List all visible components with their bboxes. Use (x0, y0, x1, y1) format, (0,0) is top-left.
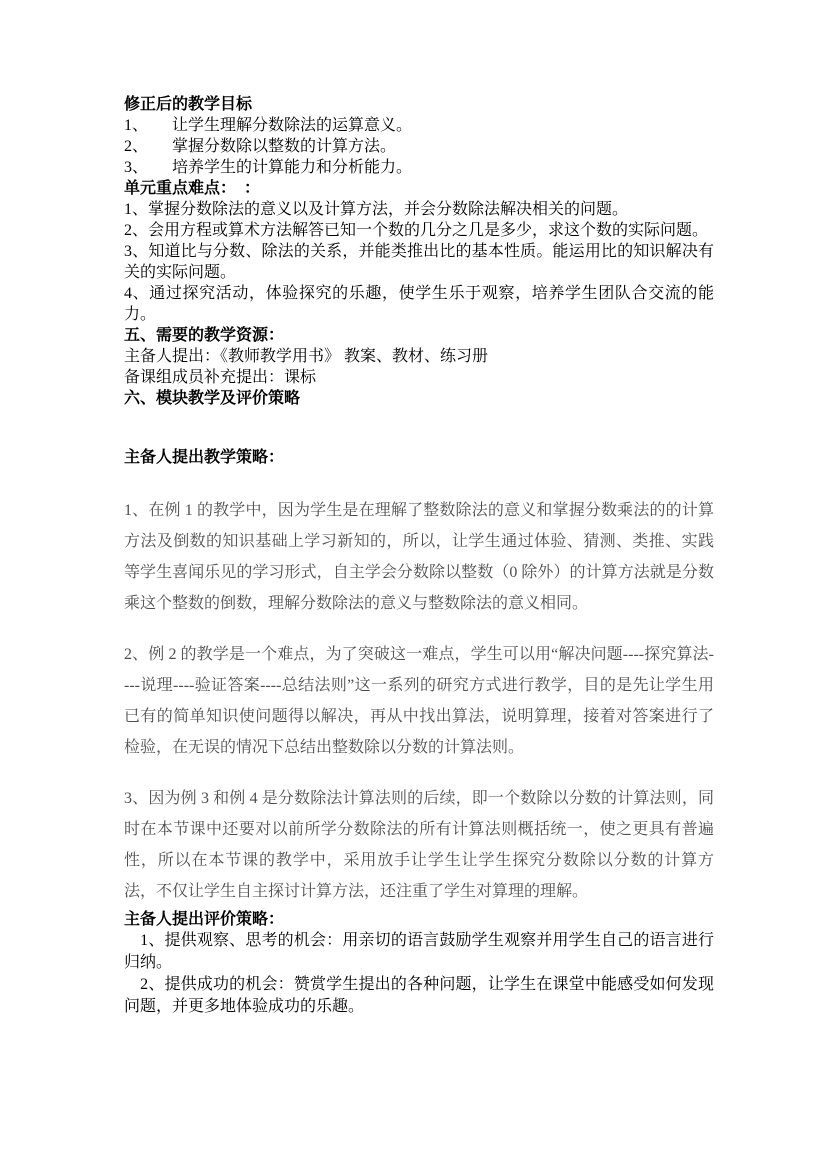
resource-line: 备课组成员补充提出：课标 (124, 367, 714, 388)
evaluation-strategy-item: 2、提供成功的机会：赞赏学生提出的各种问题，让学生在课堂中能感受如何发现问题，并… (124, 974, 714, 1018)
teaching-strategy-paragraph: 3、因为例 3 和例 4 是分数除法计算法则的后续，即一个数除以分数的计算法则，… (124, 783, 714, 907)
teaching-strategy-paragraph: 2、例 2 的教学是一个难点，为了突破这一难点，学生可以用“解决问题----探究… (124, 639, 714, 763)
objective-item: 3、 培养学生的计算能力和分析能力。 (124, 157, 714, 178)
section-heading-module-strategy: 六、模块教学及评价策略 (124, 388, 714, 409)
section-heading-unit-points: 单元重点难点： ： (124, 178, 714, 199)
document-page: 修正后的教学目标 1、 让学生理解分数除法的运算意义。 2、 掌握分数除以整数的… (0, 0, 827, 1170)
teaching-strategy-paragraph: 1、在例 1 的教学中，因为学生是在理解了整数除法的意义和掌握分数乘法的的计算方… (124, 495, 714, 619)
unit-point-item: 3、知道比与分数、除法的关系，并能类推出比的基本性质。能运用比的知识解决有关的实… (124, 241, 714, 283)
evaluation-strategy-item: 1、提供观察、思考的机会：用亲切的语言鼓励学生观察并用学生自己的语言进行归纳。 (124, 930, 714, 974)
objective-item: 1、 让学生理解分数除法的运算意义。 (124, 115, 714, 136)
section-heading-teaching-strategy: 主备人提出教学策略： (124, 447, 714, 468)
unit-point-item: 1、掌握分数除法的意义以及计算方法，并会分数除法解决相关的问题。 (124, 199, 714, 220)
section-heading-revised-objectives: 修正后的教学目标 (124, 94, 714, 115)
section-heading-resources: 五、需要的教学资源： (124, 325, 714, 346)
unit-point-item: 4、通过探究活动，体验探究的乐趣，使学生乐于观察，培养学生团队合交流的能力。 (124, 283, 714, 325)
document-content: 修正后的教学目标 1、 让学生理解分数除法的运算意义。 2、 掌握分数除以整数的… (124, 94, 714, 1018)
resource-line: 主备人提出：《教师教学用书》 教案、教材、练习册 (124, 346, 714, 367)
objective-item: 2、 掌握分数除以整数的计算方法。 (124, 136, 714, 157)
unit-point-item: 2、会用方程或算术方法解答已知一个数的几分之几是多少，求这个数的实际问题。 (124, 220, 714, 241)
section-heading-evaluation-strategy: 主备人提出评价策略： (124, 909, 714, 930)
